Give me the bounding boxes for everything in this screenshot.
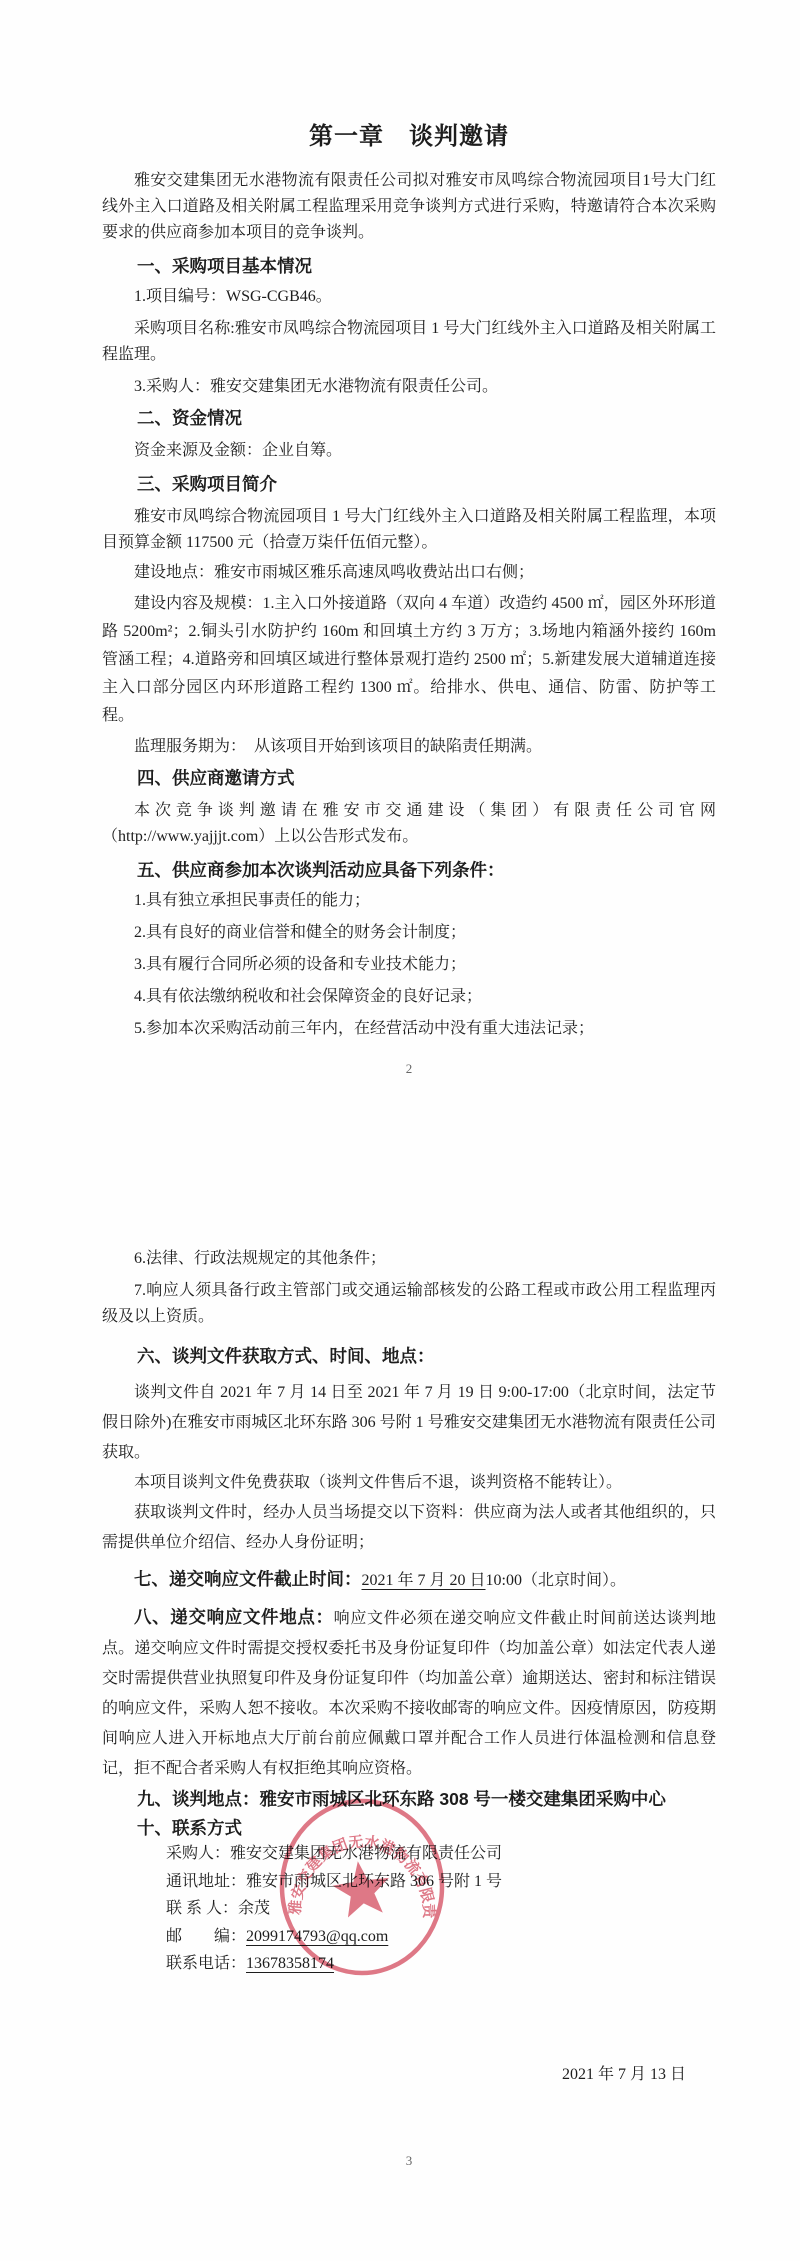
contact-value: 雅安市雨城区北环东路 306 号附 1 号 — [246, 1873, 502, 1890]
requirement-item: 2.具有良好的商业信誉和健全的财务会计制度； — [102, 920, 716, 946]
page-number: 3 — [102, 2152, 716, 2170]
section-3-heading: 三、采购项目简介 — [102, 472, 716, 496]
negotiation-place-line: 九、谈判地点：雅安市雨城区北环东路 308 号一楼交建集团采购中心 — [102, 1784, 716, 1814]
contact-label: 联系电话： — [166, 1955, 246, 1972]
project-budget-paragraph: 雅安市凤鸣综合物流园项目 1 号大门红线外主入口道路及相关附属工程监理，本项目预… — [102, 504, 716, 556]
contact-label: 采购人： — [166, 1845, 230, 1862]
document-content: 第一章 谈判邀请 雅安交建集团无水港物流有限责任公司拟对雅安市凤鸣综合物流园项目… — [0, 122, 800, 2170]
deadline-date: 2021 年 7 月 20 日 — [362, 1572, 486, 1589]
page-number: 2 — [102, 1060, 716, 1078]
contact-row: 联系电话：13678358174 — [166, 1950, 716, 1978]
section-7-label: 七、递交响应文件截止时间： — [134, 1569, 362, 1589]
requirement-item: 5.参加本次采购活动前三年内，在经营活动中没有重大违法记录； — [102, 1016, 716, 1042]
document-free-line: 本项目谈判文件免费获取（谈判文件售后不退，谈判资格不能转让）。 — [102, 1468, 716, 1498]
section-6-heading: 六、谈判文件获取方式、时间、地点： — [102, 1344, 716, 1368]
requirement-item: 7.响应人须具备行政主管部门或交通运输部核发的公路工程或市政公用工程监理丙级及以… — [102, 1278, 716, 1330]
submission-place-paragraph: 八、递交响应文件地点：响应文件必须在递交响应文件截止时间前送达谈判地点。递交响应… — [102, 1602, 716, 1784]
contact-row: 通讯地址：雅安市雨城区北环东路 306 号附 1 号 — [166, 1868, 716, 1896]
section-5-heading: 五、供应商参加本次谈判活动应具备下列条件： — [102, 858, 716, 882]
invitation-method-paragraph: 本次竞争谈判邀请在雅安市交通建设（集团）有限责任公司官网（http://www.… — [102, 798, 716, 850]
deadline-rest: 10:00（北京时间）。 — [486, 1572, 626, 1589]
section-2-heading: 二、资金情况 — [102, 406, 716, 430]
supervision-period-line: 监理服务期为： 从该项目开始到该项目的缺陷责任期满。 — [102, 734, 716, 760]
project-number: 1.项目编号：WSG-CGB46。 — [102, 284, 716, 310]
section-1-heading: 一、采购项目基本情况 — [102, 254, 716, 278]
contact-value: 雅安交建集团无水港物流有限责任公司 — [230, 1845, 502, 1862]
contact-row: 采购人：雅安交建集团无水港物流有限责任公司 — [166, 1840, 716, 1868]
contact-section: 十、联系方式 采购人：雅安交建集团无水港物流有限责任公司 通讯地址：雅安市雨城区… — [102, 1816, 716, 1978]
contact-value: 余茂 — [238, 1900, 270, 1917]
project-name: 采购项目名称:雅安市凤鸣综合物流园项目 1 号大门红线外主入口道路及相关附属工程… — [102, 316, 716, 368]
section-4-heading: 四、供应商邀请方式 — [102, 766, 716, 790]
requirement-item: 6.法律、行政法规规定的其他条件； — [102, 1246, 716, 1272]
contact-email: 2099174793@qq.com — [246, 1928, 388, 1945]
submission-place-body: 响应文件必须在递交响应文件截止时间前送达谈判地点。递交响应文件时需提交授权委托书… — [102, 1610, 716, 1777]
page-break-gap — [102, 1078, 716, 1246]
document-materials-paragraph: 获取谈判文件时，经办人员当场提交以下资料：供应商为法人或者其他组织的，只需提供单… — [102, 1498, 716, 1558]
requirement-item: 4.具有依法缴纳税收和社会保障资金的良好记录； — [102, 984, 716, 1010]
section-10-heading: 十、联系方式 — [102, 1816, 716, 1840]
deadline-line: 七、递交响应文件截止时间：2021 年 7 月 20 日10:00（北京时间）。 — [102, 1566, 716, 1594]
requirement-item: 3.具有履行合同所必须的设备和专业技术能力； — [102, 952, 716, 978]
contact-row: 联 系 人：余茂 — [166, 1895, 716, 1923]
contact-label: 通讯地址： — [166, 1873, 246, 1890]
construction-site-line: 建设地点：雅安市雨城区雅乐高速凤鸣收费站出口右侧； — [102, 560, 716, 586]
chapter-title: 第一章 谈判邀请 — [102, 122, 716, 152]
section-8-label: 八、递交响应文件地点： — [134, 1607, 334, 1627]
intro-paragraph: 雅安交建集团无水港物流有限责任公司拟对雅安市凤鸣综合物流园项目1号大门红线外主入… — [102, 168, 716, 246]
contact-label: 邮 编： — [166, 1928, 246, 1945]
document-obtain-paragraph: 谈判文件自 2021 年 7 月 14 日至 2021 年 7 月 19 日 9… — [102, 1378, 716, 1468]
document-page: 第一章 谈判邀请 雅安交建集团无水港物流有限责任公司拟对雅安市凤鸣综合物流园项目… — [0, 0, 800, 2261]
contact-row: 邮 编：2099174793@qq.com — [166, 1923, 716, 1951]
contact-label: 联 系 人： — [166, 1900, 238, 1917]
funding-line: 资金来源及金额：企业自筹。 — [102, 438, 716, 464]
requirement-item: 1.具有独立承担民事责任的能力； — [102, 888, 716, 914]
purchaser-line: 3.采购人：雅安交建集团无水港物流有限责任公司。 — [102, 374, 716, 400]
contact-phone: 13678358174 — [246, 1955, 334, 1972]
document-date: 2021 年 7 月 13 日 — [102, 2062, 686, 2088]
construction-scope-paragraph: 建设内容及规模：1.主入口外接道路（双向 4 车道）改造约 4500 ㎡，园区外… — [102, 590, 716, 730]
